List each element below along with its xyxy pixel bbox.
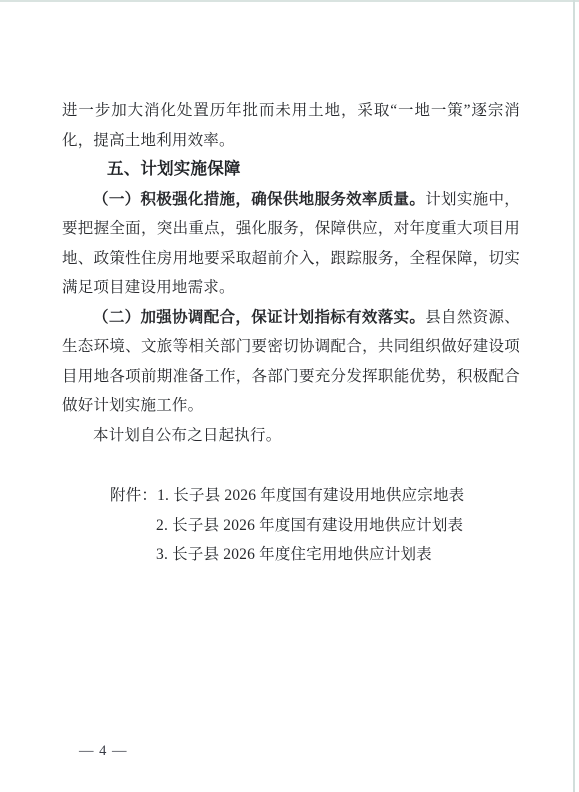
document-body: 进一步加大消化处置历年批而未用土地，采取“一地一策”逐宗消化，提高土地利用效率。… bbox=[62, 96, 520, 570]
paragraph-continuation: 进一步加大消化处置历年批而未用土地，采取“一地一策”逐宗消化，提高土地利用效率。 bbox=[62, 96, 520, 155]
attachments-label: 附件： bbox=[110, 487, 157, 504]
attachment-row-1: 附件：1. 长子县 2026 年度国有建设用地供应宗地表 bbox=[110, 481, 520, 511]
paragraph-closing: 本计划自公布之日起执行。 bbox=[62, 421, 520, 451]
page-top-edge bbox=[0, 0, 579, 2]
paragraph-2: （二）加强协调配合，保证计划指标有效落实。县自然资源、生态环境、文旅等相关部门要… bbox=[62, 303, 520, 421]
section-heading: 五、计划实施保障 bbox=[62, 155, 520, 185]
document-page: 进一步加大消化处置历年批而未用土地，采取“一地一策”逐宗消化，提高土地利用效率。… bbox=[0, 0, 579, 792]
paragraph-1-lead: （一）积极强化措施，确保供地服务效率质量。 bbox=[93, 191, 425, 208]
attachment-item-2: 2. 长子县 2026 年度国有建设用地供应计划表 bbox=[110, 511, 520, 541]
page-number: — 4 — bbox=[79, 743, 128, 760]
paragraph-1: （一）积极强化措施，确保供地服务效率质量。计划实施中，要把握全面，突出重点，强化… bbox=[62, 185, 520, 303]
attachment-item-1: 1. 长子县 2026 年度国有建设用地供应宗地表 bbox=[157, 487, 464, 504]
attachment-item-3: 3. 长子县 2026 年度住宅用地供应计划表 bbox=[110, 540, 520, 570]
page-right-edge bbox=[573, 0, 575, 792]
attachments-block: 附件：1. 长子县 2026 年度国有建设用地供应宗地表 2. 长子县 2026… bbox=[62, 481, 520, 570]
paragraph-2-lead: （二）加强协调配合，保证计划指标有效落实。 bbox=[93, 309, 425, 326]
